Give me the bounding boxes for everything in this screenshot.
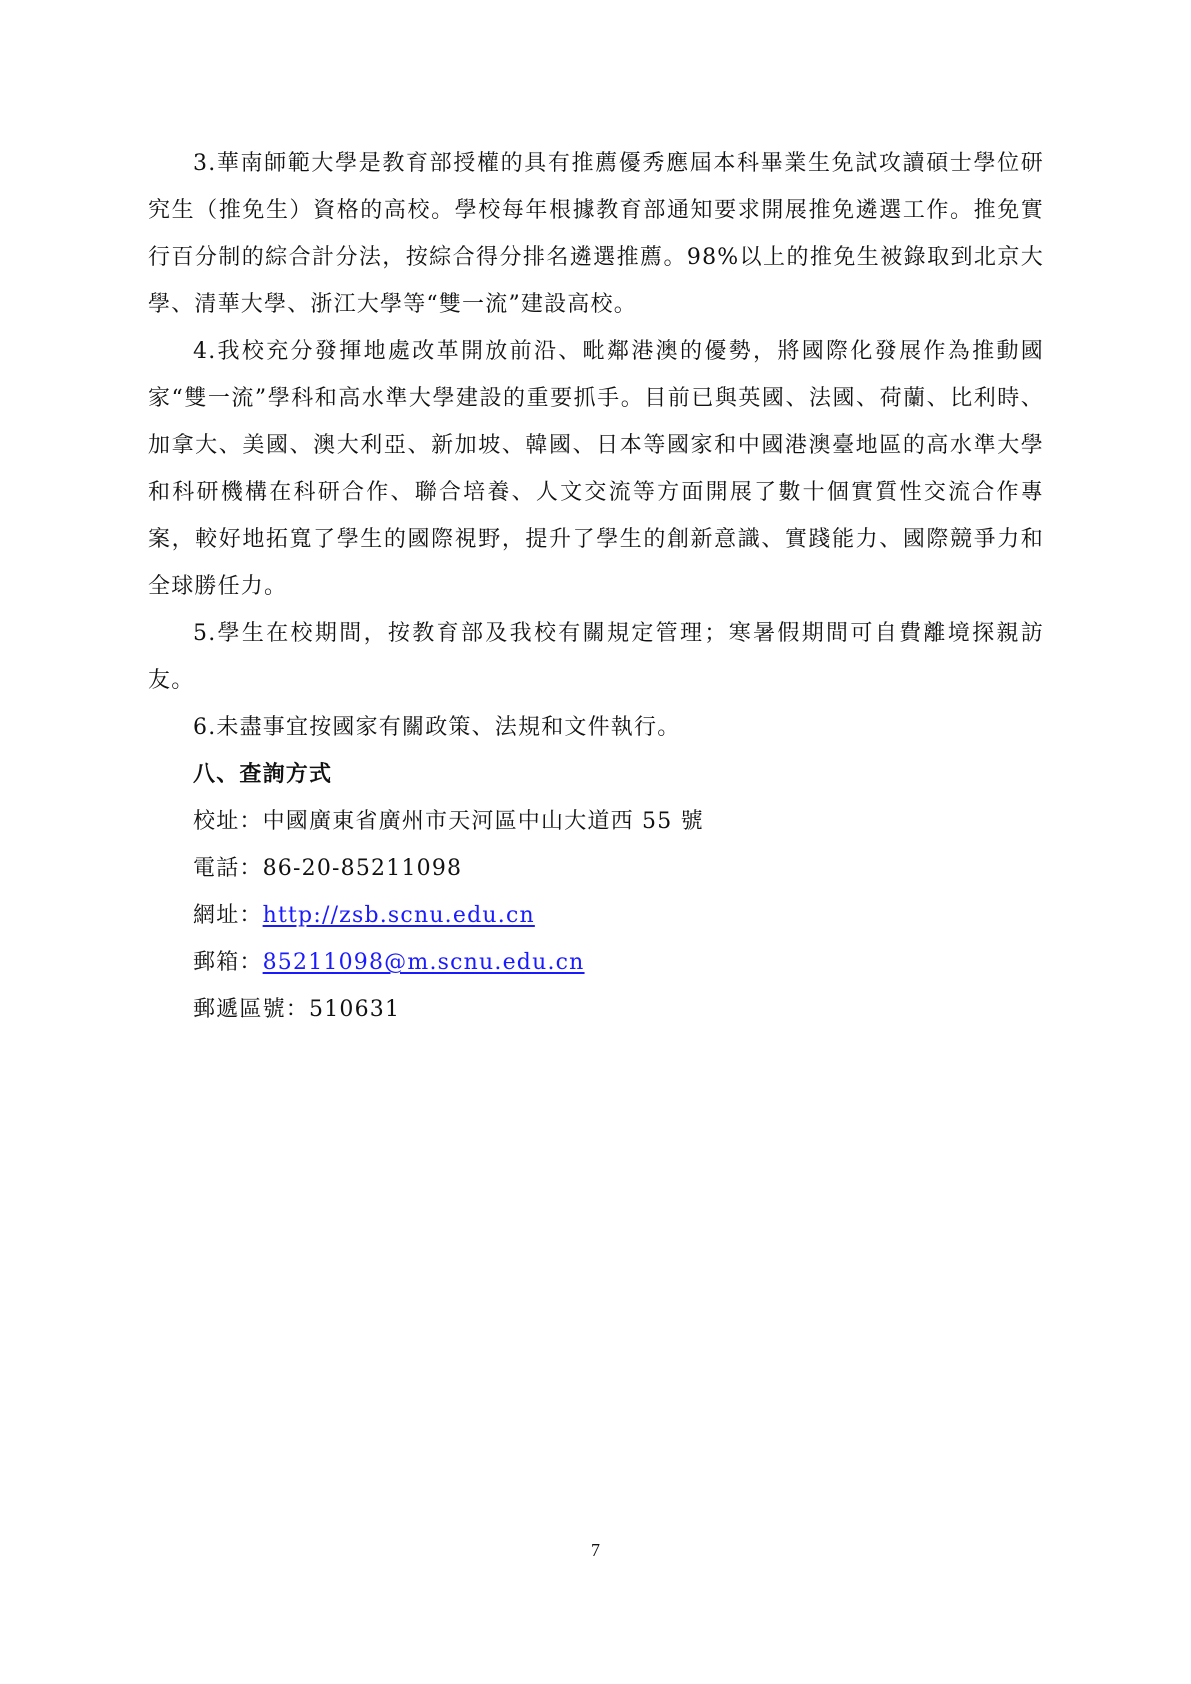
document-body: 3.華南師範大學是教育部授權的具有推薦優秀應屆本科畢業生免試攻讀碩士學位研究生（… bbox=[148, 140, 1044, 1033]
contact-phone: 電話：86-20-85211098 bbox=[148, 845, 1044, 892]
paragraph-item-3: 3.華南師範大學是教育部授權的具有推薦優秀應屆本科畢業生免試攻讀碩士學位研究生（… bbox=[148, 140, 1044, 328]
section-heading-contact: 八、查詢方式 bbox=[148, 751, 1044, 798]
email-link[interactable]: 85211098@m.scnu.edu.cn bbox=[263, 950, 585, 975]
document-page: 3.華南師範大學是教育部授權的具有推薦優秀應屆本科畢業生免試攻讀碩士學位研究生（… bbox=[0, 0, 1191, 1684]
phone-label: 電話： bbox=[193, 856, 263, 881]
postcode-label: 郵遞區號： bbox=[193, 997, 309, 1022]
paragraph-item-6: 6.未盡事宜按國家有關政策、法規和文件執行。 bbox=[148, 704, 1044, 751]
page-number: 7 bbox=[0, 1540, 1191, 1561]
paragraph-item-4: 4.我校充分發揮地處改革開放前沿、毗鄰港澳的優勢，將國際化發展作為推動國家“雙一… bbox=[148, 328, 1044, 610]
contact-postcode: 郵遞區號：510631 bbox=[148, 986, 1044, 1033]
contact-email: 郵箱：85211098@m.scnu.edu.cn bbox=[148, 939, 1044, 986]
phone-value: 86-20-85211098 bbox=[263, 856, 463, 881]
contact-website: 網址：http://zsb.scnu.edu.cn bbox=[148, 892, 1044, 939]
contact-address: 校址：中國廣東省廣州市天河區中山大道西 55 號 bbox=[148, 798, 1044, 845]
paragraph-item-5: 5.學生在校期間，按教育部及我校有關規定管理；寒暑假期間可自費離境探親訪友。 bbox=[148, 610, 1044, 704]
website-link[interactable]: http://zsb.scnu.edu.cn bbox=[263, 903, 535, 928]
address-value: 中國廣東省廣州市天河區中山大道西 55 號 bbox=[263, 809, 704, 834]
website-label: 網址： bbox=[193, 903, 263, 928]
address-label: 校址： bbox=[193, 809, 263, 834]
email-label: 郵箱： bbox=[193, 950, 263, 975]
postcode-value: 510631 bbox=[309, 997, 400, 1022]
